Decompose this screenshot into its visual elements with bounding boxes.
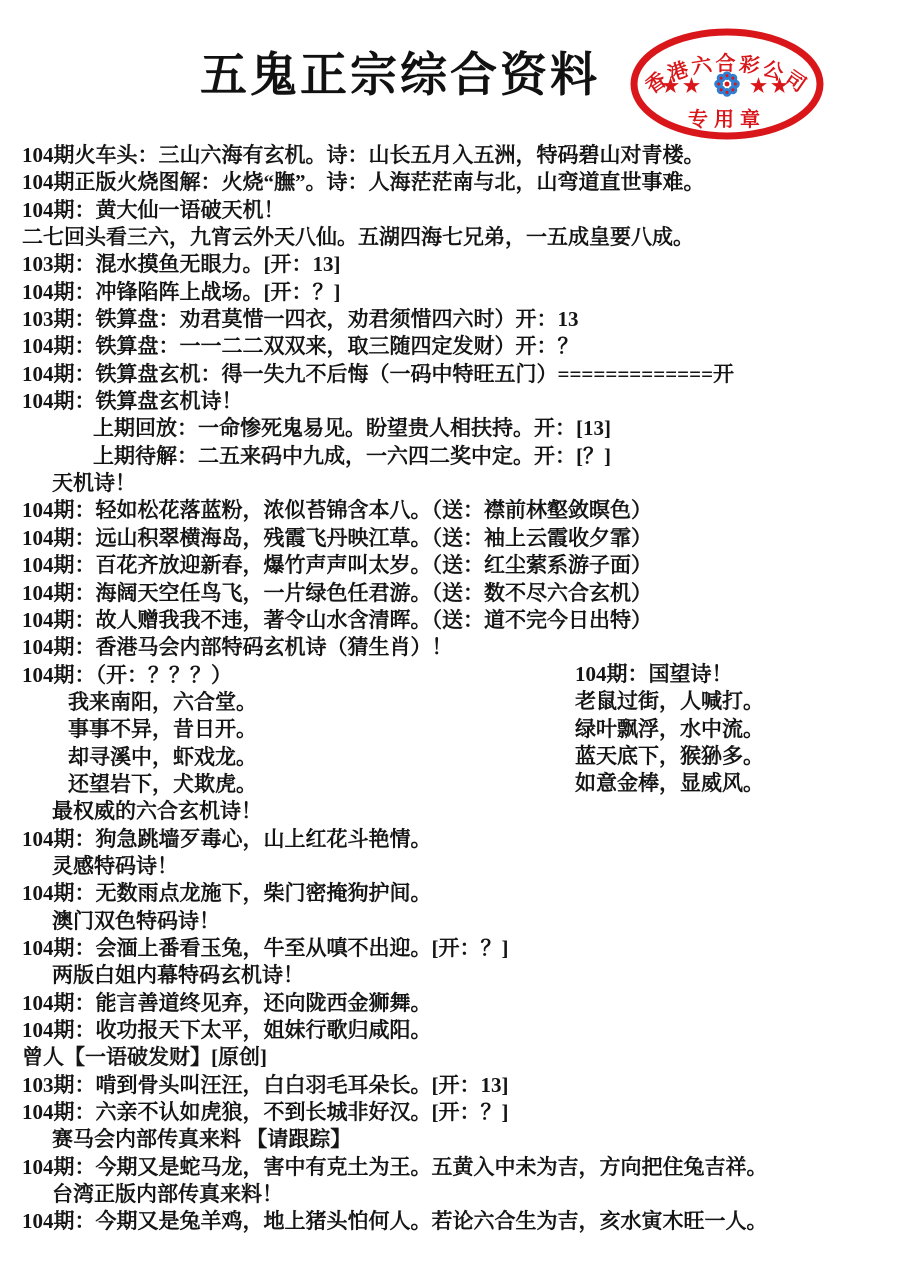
seal-stars-left: ★★ bbox=[662, 76, 704, 97]
text-line: 104期：能言善道终见弃，还向陇西金狮舞。 bbox=[22, 990, 768, 1017]
text-line: 最权威的六合玄机诗！ bbox=[52, 798, 768, 825]
text-line: 二七回头看三六，九宵云外天八仙。五湖四海七兄弟，一五成皇要八成。 bbox=[22, 224, 768, 251]
right-column-poem: 104期：国望诗！ 老鼠过街，人喊打。 绿叶飘浮，水中流。 蓝天底下，猴狲多。 … bbox=[575, 661, 764, 798]
text-line: 104期：百花齐放迎新春，爆竹声声叫太岁。（送：红尘萦系游子面） bbox=[22, 552, 768, 579]
text-line: 104期：国望诗！ bbox=[575, 661, 764, 688]
text-line: 103期：啃到骨头叫汪汪，白白羽毛耳朵长。[开：13] bbox=[22, 1072, 768, 1099]
text-line: 两版白姐内幕特码玄机诗！ bbox=[52, 962, 768, 989]
text-line: 天机诗！ bbox=[52, 470, 768, 497]
text-line: 104期：香港马会内部特码玄机诗（猜生肖）！ bbox=[22, 634, 768, 661]
text-line: 104期：会湎上番看玉兔，牛至从嗔不出迎。[开：？] bbox=[22, 935, 768, 962]
text-line: 老鼠过街，人喊打。 bbox=[575, 688, 764, 715]
text-line: 103期：混水摸鱼无眼力。[开：13] bbox=[22, 251, 768, 278]
text-line: 澳门双色特码诗！ bbox=[52, 908, 768, 935]
text-line: 104期：狗急跳墙歹毒心，山上红花斗艳情。 bbox=[22, 826, 768, 853]
text-line: 104期：远山积翠横海岛，残霞飞丹映江草。（送：袖上云霞收夕霏） bbox=[22, 525, 768, 552]
text-line: 104期：六亲不认如虎狼，不到长城非好汉。[开：？] bbox=[22, 1099, 768, 1126]
text-line: 104期：收功报天下太平，姐妹行歌归咸阳。 bbox=[22, 1017, 768, 1044]
text-line: 104期：故人赠我我不违，著令山水含清晖。（送：道不完今日出特） bbox=[22, 607, 768, 634]
text-line: 104期：冲锋陷阵上战场。[开：？] bbox=[22, 279, 768, 306]
seal-bottom-text: 专用章 bbox=[688, 107, 766, 131]
text-line: 103期：铁算盘：劝君莫惜一四衣，劝君须惜四六时）开：13 bbox=[22, 306, 768, 333]
text-line: 赛马会内部传真来料 【请跟踪】 bbox=[52, 1126, 768, 1153]
text-line: 如意金棒，显威风。 bbox=[575, 770, 764, 797]
text-line: 104期：今期又是蛇马龙，害中有克土为王。五黄入中未为吉，方向把住兔吉祥。 bbox=[22, 1154, 768, 1181]
bauhinia-flower-icon bbox=[714, 71, 740, 97]
text-line: 104期：今期又是兔羊鸡，地上猪头怕何人。若论六合生为吉，亥水寅木旺一人。 bbox=[22, 1208, 768, 1235]
text-line: 104期：铁算盘玄机诗！ bbox=[22, 388, 768, 415]
text-line: 104期：无数雨点龙施下，柴门密掩狗护间。 bbox=[22, 880, 768, 907]
text-line: 绿叶飘浮，水中流。 bbox=[575, 716, 764, 743]
text-line: 台湾正版内部传真来料！ bbox=[52, 1181, 768, 1208]
text-line: 104期：铁算盘：一一二二双双来，取三随四定发财）开：？ bbox=[22, 333, 768, 360]
text-line: 蓝天底下，猴狲多。 bbox=[575, 743, 764, 770]
text-line: 104期：铁算盘玄机：得一失九不后悔（一码中特旺五门）=============… bbox=[22, 361, 768, 388]
text-line: 曾人【一语破发财】[原创] bbox=[22, 1044, 768, 1071]
seal-stars-right: ★★ bbox=[750, 76, 792, 97]
text-line: 104期：轻如松花落蓝粉，浓似苔锦含本八。（送：襟前林壑敛暝色） bbox=[22, 497, 768, 524]
text-line: 灵感特码诗！ bbox=[52, 853, 768, 880]
text-line: 上期待解：二五来码中九成，一六四二奖中定。开：[？] bbox=[93, 443, 768, 470]
text-line: 104期火车头：三山六海有玄机。诗：山长五月入五洲，特码碧山对青楼。 bbox=[22, 142, 768, 169]
text-line: 104期：黄大仙一语破天机！ bbox=[22, 197, 768, 224]
page-title: 五鬼正宗综合资料 bbox=[150, 38, 650, 105]
text-line: 104期正版火烧图解：火烧“膴”。诗：人海茫茫南与北，山弯道直世事难。 bbox=[22, 169, 768, 196]
text-line: 上期回放：一命惨死鬼易见。盼望贵人相扶持。开：[13] bbox=[93, 415, 768, 442]
company-seal: 香港六合彩公司 ★★ ★★ 专用章 bbox=[626, 26, 828, 142]
text-line: 104期：海阔天空任鸟飞，一片绿色任君游。（送：数不尽六合玄机） bbox=[22, 580, 768, 607]
